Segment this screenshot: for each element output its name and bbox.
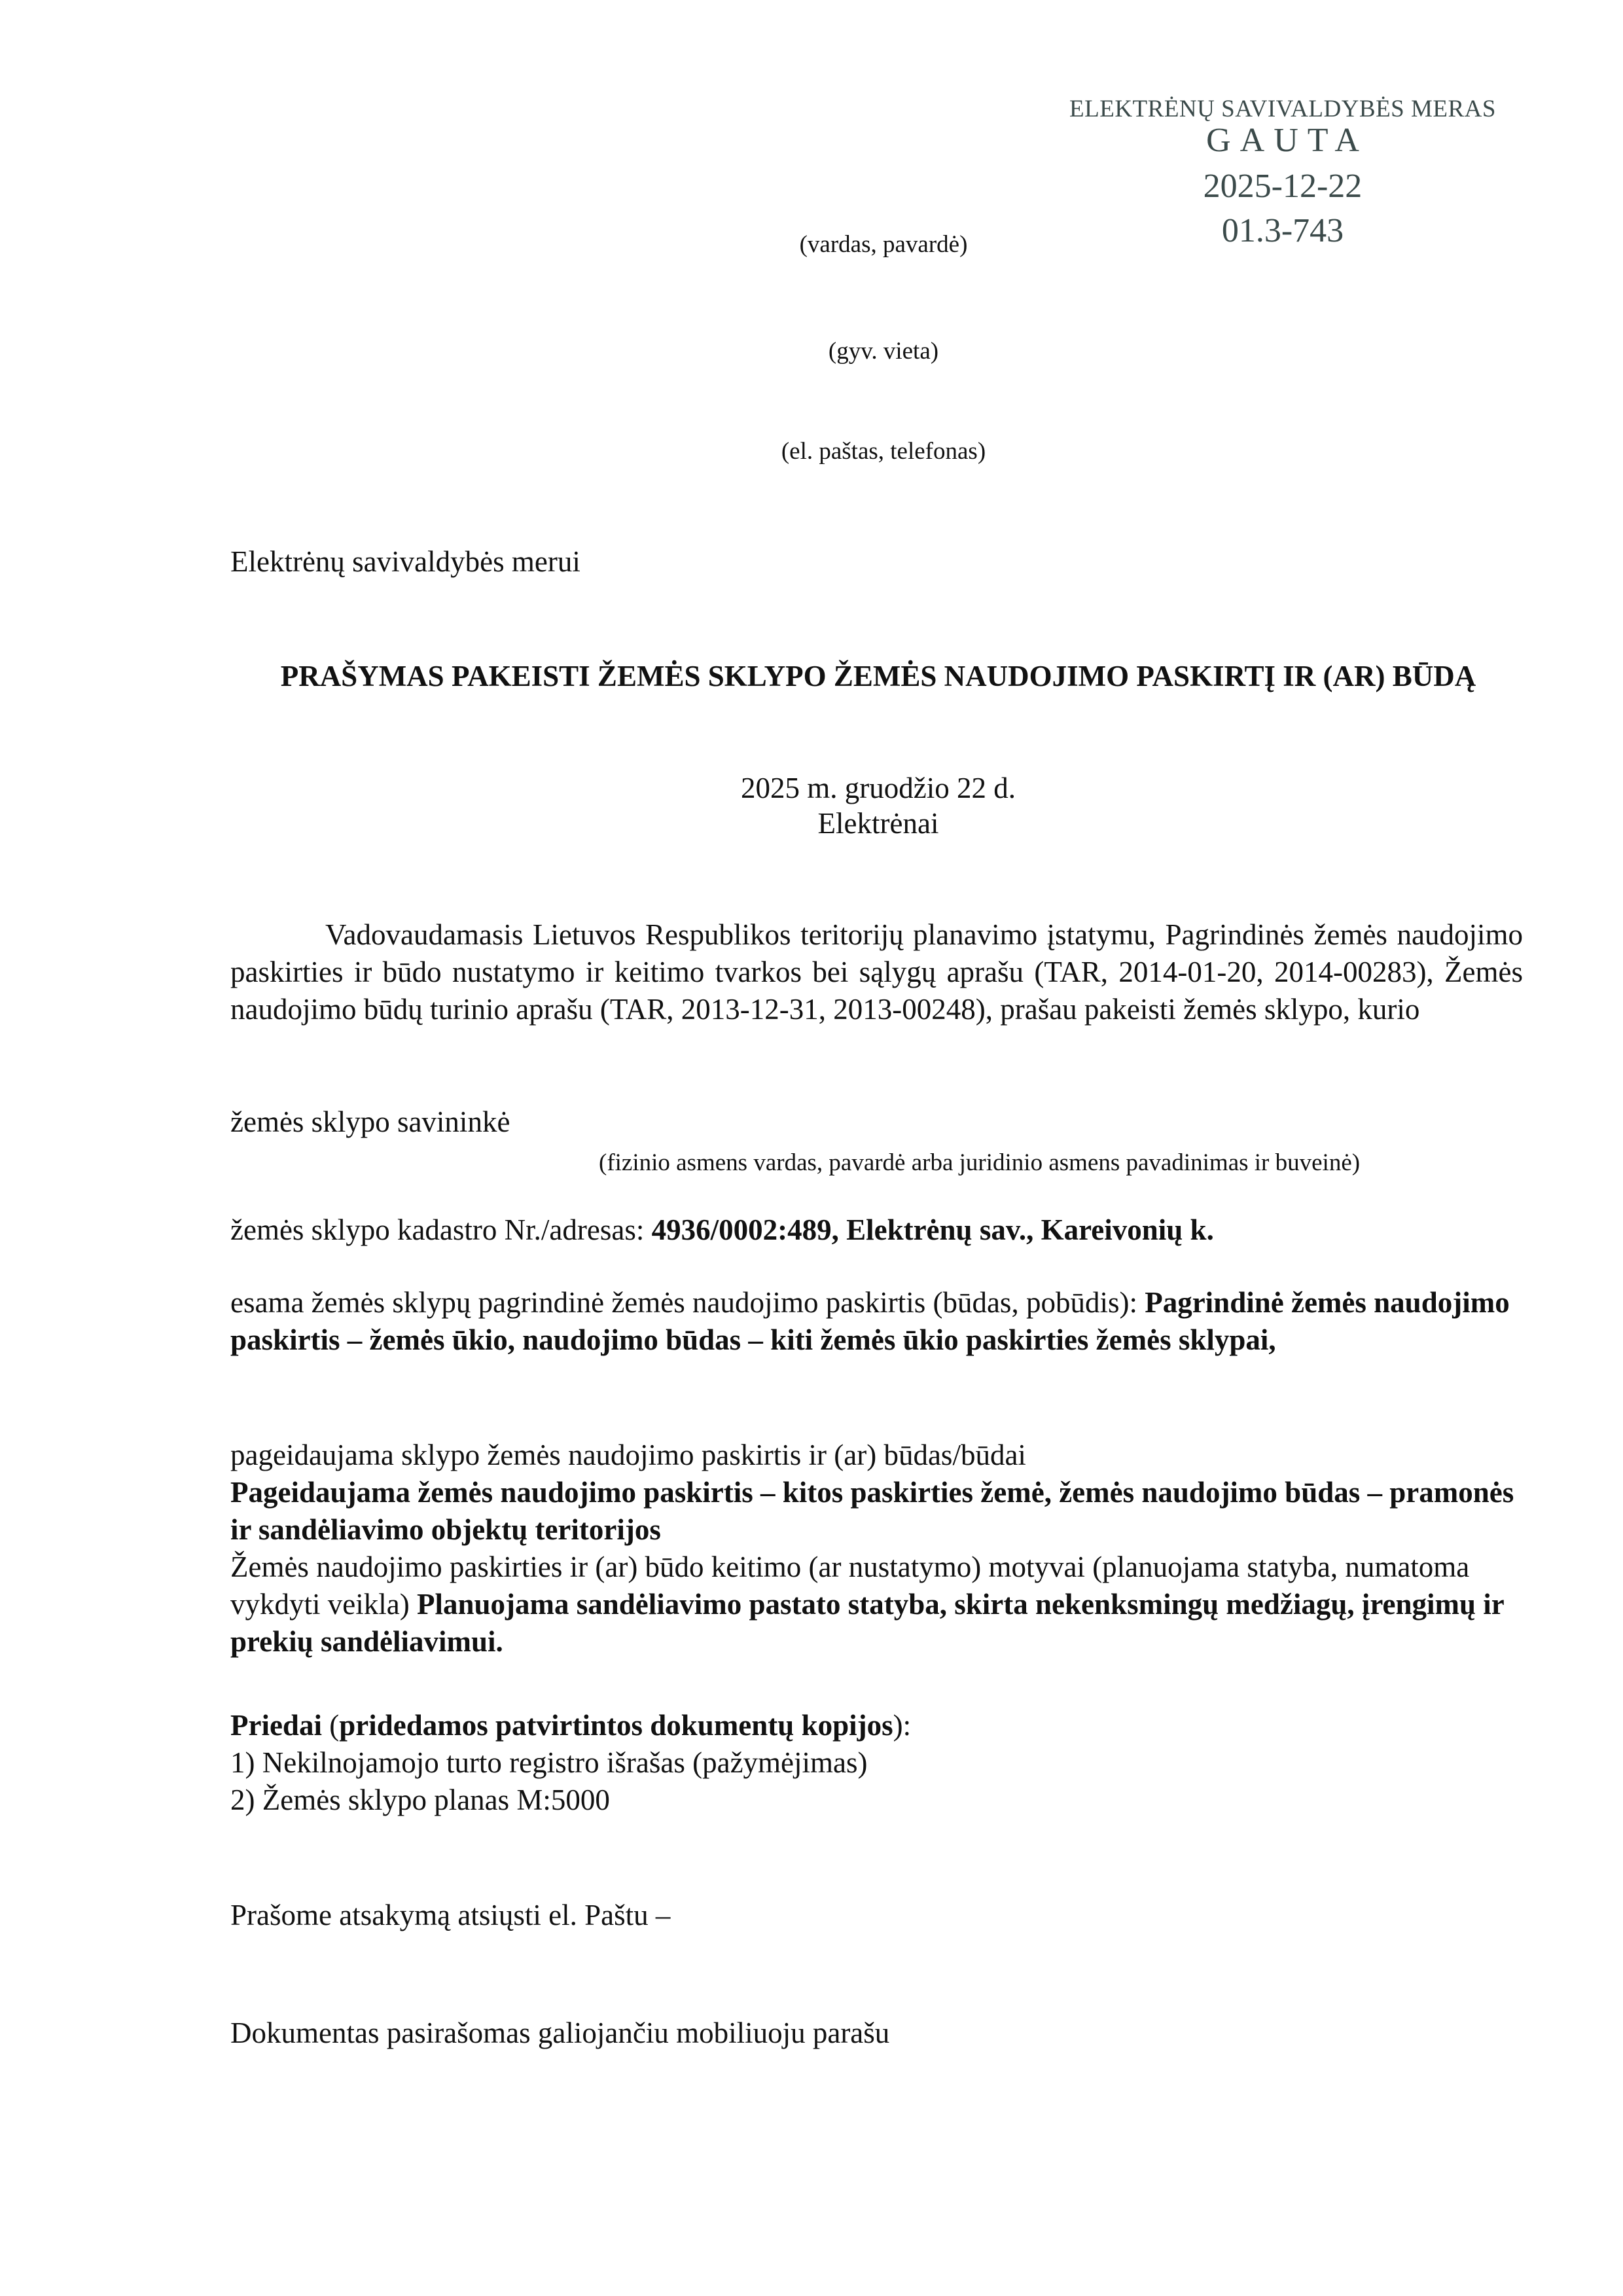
applicant-contact-placeholder: (el. paštas, telefonas)	[654, 437, 1113, 465]
desired-purpose-value: Pageidaujama žemės naudojimo paskirtis –…	[230, 1474, 1526, 1549]
desired-purpose-section: pageidaujama sklypo žemės naudojimo pask…	[230, 1437, 1526, 1660]
stamp-registration-number: 01.3-743	[1060, 214, 1505, 248]
document-title: PRAŠYMAS PAKEISTI ŽEMĖS SKLYPO ŽEMĖS NAU…	[230, 658, 1526, 694]
document-date: 2025 m. gruodžio 22 d.	[230, 770, 1526, 806]
current-purpose-label: esama žemės sklypų pagrindinė žemės naud…	[230, 1286, 1145, 1319]
applicant-name-placeholder: (vardas, pavardė)	[654, 230, 1113, 259]
signature-note: Dokumentas pasirašomas galiojančiu mobil…	[230, 2016, 889, 2050]
attachments-heading: Priedai (pridedamos patvirtintos dokumen…	[230, 1707, 911, 1744]
intro-paragraph: Vadovaudamasis Lietuvos Respublikos teri…	[230, 916, 1523, 1028]
stamp-status: GAUTA	[1060, 124, 1505, 158]
registration-stamp: ELEKTRĖNŲ SAVIVALDYBĖS MERAS GAUTA 2025-…	[1060, 97, 1505, 248]
attachments-heading-part: ):	[893, 1709, 912, 1742]
attachments-heading-part: (	[322, 1709, 339, 1742]
cadastre-value: 4936/0002:489, Elektrėnų sav., Kareivoni…	[652, 1213, 1214, 1246]
motives-value: Planuojama sandėliavimo pastato statyba,…	[230, 1588, 1504, 1658]
cadastre-line: žemės sklypo kadastro Nr./adresas: 4936/…	[230, 1213, 1214, 1247]
attachment-item: 2) Žemės sklypo planas M:5000	[230, 1782, 911, 1819]
document-place: Elektrėnai	[230, 806, 1526, 841]
current-purpose: esama žemės sklypų pagrindinė žemės naud…	[230, 1284, 1513, 1359]
motives: Žemės naudojimo paskirties ir (ar) būdo …	[230, 1549, 1526, 1660]
reply-request: Prašome atsakymą atsiųsti el. Paštu –	[230, 1898, 670, 1932]
addressee: Elektrėnų savivaldybės merui	[230, 545, 580, 579]
cadastre-label: žemės sklypo kadastro Nr./adresas:	[230, 1213, 652, 1246]
desired-purpose-label: pageidaujama sklypo žemės naudojimo pask…	[230, 1437, 1526, 1474]
document-page: ELEKTRĖNŲ SAVIVALDYBĖS MERAS GAUTA 2025-…	[0, 0, 1623, 2296]
attachments-heading-part: pridedamos patvirtintos dokumentų kopijo…	[339, 1709, 893, 1742]
attachments-section: Priedai (pridedamos patvirtintos dokumen…	[230, 1707, 911, 1819]
applicant-residence-placeholder: (gyv. vieta)	[654, 337, 1113, 365]
owner-hint: (fizinio asmens vardas, pavardė arba jur…	[599, 1149, 1360, 1177]
stamp-date: 2025-12-22	[1060, 170, 1505, 204]
attachment-item: 1) Nekilnojamojo turto registro išrašas …	[230, 1744, 911, 1782]
attachments-heading-part: Priedai	[230, 1709, 322, 1742]
owner-label: žemės sklypo savininkė	[230, 1105, 510, 1139]
stamp-organization: ELEKTRĖNŲ SAVIVALDYBĖS MERAS	[1060, 97, 1505, 121]
